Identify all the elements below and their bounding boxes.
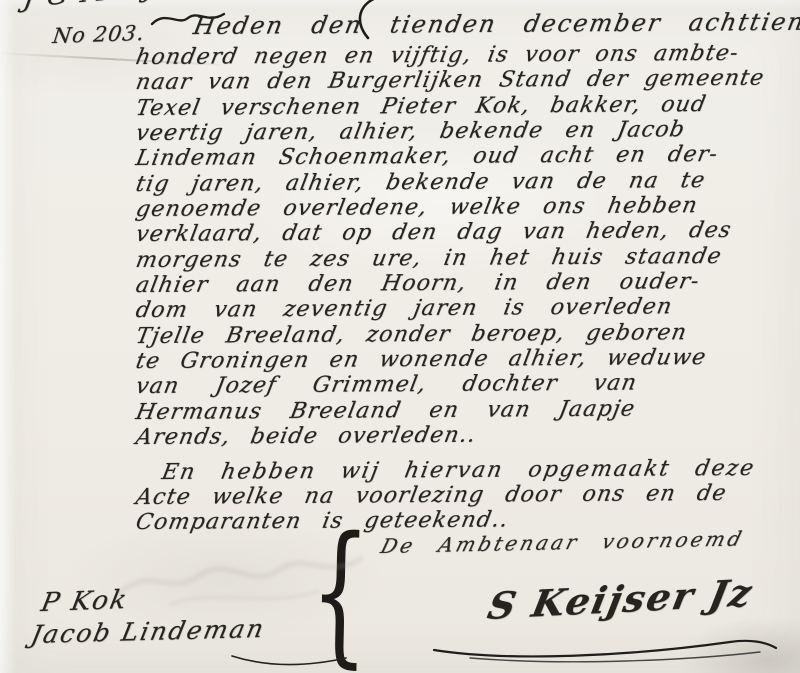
manuscript-line: Arends, beide overleden.. bbox=[134, 425, 478, 449]
manuscript-line: verklaard, dat op den dag van heden, des bbox=[134, 220, 734, 246]
act-number: No 203. bbox=[51, 23, 145, 47]
signature-jacob-lindeman: Jacob Lindeman bbox=[29, 616, 268, 647]
manuscript-line: genoemde overledene, welke ons hebben bbox=[134, 195, 700, 221]
signature-underline-flourish bbox=[430, 636, 780, 664]
signature-official: S Keijser Jz bbox=[485, 574, 757, 625]
manuscript-line: dom van zeventig jaren is overleden bbox=[134, 296, 674, 322]
manuscript-line: honderd negen en vijftig, is voor ons am… bbox=[134, 43, 741, 69]
manuscript-line: Acte welke na voorlezing door ons en de bbox=[134, 483, 729, 509]
manuscript-line: Texel verschenen Pieter Kok, bakker, oud bbox=[134, 94, 709, 120]
manuscript-line: veertig jaren, alhier, bekende en Jacob bbox=[134, 119, 687, 145]
manuscript-line: van Jozef Grimmel, dochter van bbox=[134, 373, 639, 398]
manuscript-line: alhier aan den Hoorn, in den ouder- bbox=[134, 271, 702, 297]
signature-p-kok: P Kok bbox=[39, 587, 131, 616]
manuscript-line: naar van den Burgerlijken Stand der geme… bbox=[134, 68, 766, 94]
manuscript-line: Heden den tienden december achttien- bbox=[192, 10, 800, 38]
manuscript-line: Hermanus Breeland en van Jaapje bbox=[134, 399, 637, 424]
officiant-title: De Ambtenaar voornoemd bbox=[379, 528, 747, 556]
manuscript-line: En hebben wij hiervan opgemaakt deze bbox=[160, 458, 757, 484]
bleedthrough-ghost bbox=[110, 535, 370, 615]
manuscript-line: Tjelle Breeland, zonder beroep, geboren bbox=[134, 322, 689, 348]
signature-flourish bbox=[230, 652, 350, 668]
manuscript-line: Lindeman Schoenmaker, oud acht en der- bbox=[134, 144, 720, 170]
manuscript-line: tig jaren, alhier, bekende van de na te bbox=[134, 170, 707, 196]
death-record-scan: J G Moojen No 203. Heden den tienden dec… bbox=[0, 0, 800, 673]
manuscript-line: te Groningen en wonende alhier, weduwe bbox=[134, 347, 708, 373]
manuscript-line: morgens te zes ure, in het huis staande bbox=[134, 246, 724, 272]
